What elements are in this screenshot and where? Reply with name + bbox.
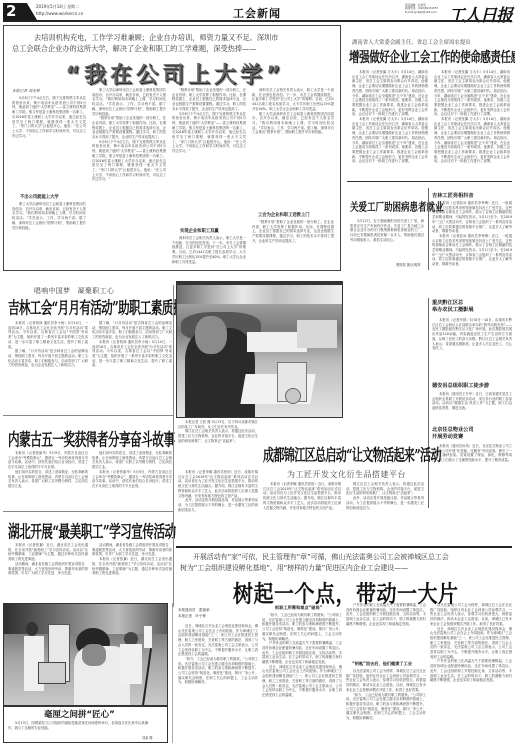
right-top-kicker: 湖南省人大常委会副主任、省总工会主席周农提出 bbox=[352, 38, 471, 46]
brief-1-body: 本报讯（记者李国）5月8日－10日，由重庆市黔江区总工会和区人社局联合举办的“我… bbox=[432, 318, 512, 380]
bottom-lead-col2: “如今，工会已经成为我们职工的娘家。”公司职工说。光法雷奥公司工会在建立健全各项… bbox=[262, 613, 342, 744]
side-article-1-credit: 曹国强 摄/光明网 bbox=[396, 262, 420, 267]
lead-col3: “圆梦计划”帮助了企业发展的一部分职工，在企业内部，职工大学发挥了积极作用。比如… bbox=[172, 88, 246, 225]
newspaper-logo: 工人日报 bbox=[448, 1, 512, 26]
bottom-lead-col4: 以光法雷奥公司工会为榜样，禅城区总工会在全区推广其经验，组织区内企业工会到该公司… bbox=[430, 603, 512, 744]
bottom-lead-deck-line2: 树为“工会组织建设孵化基地”，用“榜样的力量”促进区内企业工会建设—— bbox=[180, 563, 408, 573]
divider bbox=[347, 181, 512, 182]
byline-2: 本报记者 叶小钟 bbox=[178, 614, 210, 620]
divider bbox=[172, 603, 173, 743]
brief-2-headline: 德安县总组织职工徒步游 bbox=[432, 382, 489, 389]
divider bbox=[428, 298, 429, 508]
bottom-lead-subhead-1: 抓职工所需和难点“破局” bbox=[275, 605, 322, 611]
lead-col3b: 深圳市总工会相关负责人表示，职工大学是一个创新，在全国也是首创。下一步，市总工会… bbox=[172, 236, 246, 264]
chengdu-col1: 本报讯（记者李娜 通讯员张欣）近日，成都市锦江区总工会2019年“让文物活起来”… bbox=[178, 470, 258, 538]
lead-col1b: 职工大学由深圳市总工会和富士康科技集团共同创办，自开办以来，截至目前，已经有近千… bbox=[12, 202, 86, 264]
chengdu-col3: 锦江区总工会相关负责人表示，将通过此次活动，搭建工匠与文物机构、企业的对接平台，… bbox=[346, 482, 424, 538]
lead-col4b: “圆梦计划”帮助了企业发展的一部分职工，在企业内部，职工大学发挥了积极作用。比如… bbox=[252, 220, 334, 264]
email: E-mail:grrbgh@126.com bbox=[405, 11, 438, 14]
brief-1-headline: 重庆黔江区总 举办农民工摄影展 bbox=[432, 300, 474, 314]
jilin-headline: 吉林工会“月月有活动”助职工素质提升 bbox=[8, 296, 194, 319]
photo-top-border bbox=[176, 281, 343, 285]
bottom-lead-deck-line1: 开展活动有“家”可依，民主管理有“章”可循，佛山光法雷奥公司工会被禅城区总工会 bbox=[193, 552, 449, 562]
issue-date: 2019年5月14日 星期二 bbox=[36, 4, 79, 10]
lead-deck: 去培训机构充电，工作学习难兼顾；企业自办培训，师资力量又不足。深圳市 总工会联合… bbox=[12, 32, 332, 54]
bottom-photo-credit: 刘某 摄 bbox=[142, 735, 153, 740]
brief-2-body: 本报讯（通讯员王开华）近日，江西省德安县总工会组织全县职工开展徒步活动，来自各行… bbox=[432, 392, 512, 422]
right-top-col1: 本报讯（记者张翼 方大丰）5月10日，湖南省企业工会工作座谈会在长沙召开，湖南省… bbox=[352, 70, 428, 175]
divider bbox=[176, 546, 512, 548]
side-article-1-headline: 关爱工厂助困病患者就业 bbox=[350, 199, 444, 215]
chengdu-subheadline: 为工匠开发文化衍生品搭建平台 bbox=[287, 469, 406, 480]
jilin-col1: 本报讯（记者柏林 通讯员李小雨）5月14日，一直到18日，吉林省总工会在全省开展… bbox=[8, 321, 88, 411]
lead-subhead-1: 不出公司就能上大学 bbox=[20, 194, 59, 200]
divider bbox=[3, 415, 173, 416]
side-article-2-headline: 吉林工匠亮相抖音 bbox=[432, 192, 474, 199]
sewing-workshop-photo bbox=[176, 281, 343, 418]
bottom-lead-bylines: 本报通讯员 霍嘉承 本报记者 叶小钟 bbox=[178, 608, 210, 619]
lead-col1: 5月8日下午4点左右，刚下完班的熊文军从住的宿舍出来，骑小电动车从宿舍到公司不到… bbox=[12, 96, 86, 191]
side-article-2-body: 本报讯（记者彭冰 通讯员李秀梅）近日，一组展示吉林工匠技术风采的短视频在抖音上广… bbox=[432, 201, 512, 295]
hubei-col1: 本报讯（记者张翼）近日，湖北省总工会发出通知，在全省开展“最美职工”学习宣传活动… bbox=[8, 543, 88, 597]
lead-subhead-3: 工会为企业和职工送教上门 bbox=[258, 212, 310, 218]
right-top-headline: 增强做好企业工会工作的使命感责任感 bbox=[349, 47, 515, 67]
hubei-col2: 活动期间，湖北省各级工会将组织开展宣讲报告、事迹展览等活动，大力营造崇尚劳动、尊… bbox=[92, 543, 172, 597]
bottom-lead-subhead-2: “钥匙”回去后，他们健康了工会 bbox=[352, 661, 412, 667]
divider bbox=[3, 511, 173, 512]
side-article-1-body: 5月12日，位于湖南衡阳市的关爱工厂里，病患者正在生产车间有序作业。关爱工厂是当… bbox=[350, 219, 424, 261]
lead-col2: 职工大学由深圳市总工会和富士康科技集团共同创办，自开办以来，截至目前，已经有近千… bbox=[92, 88, 166, 264]
brief-3-headline-line2: 开展劳动竞赛 bbox=[432, 434, 474, 441]
bottom-lead-col3b: 以光法雷奥公司工会为榜样，禅城区总工会在全区推广其经验，组织区内企业工会到该公司… bbox=[346, 669, 426, 744]
jilin-kicker: 唱响中国梦 凝聚职工心 bbox=[34, 285, 114, 295]
divider bbox=[173, 285, 174, 607]
neimenggu-col2: 他们用朴实的语言，讲述了爱岗敬业、无私奉献的故事，让在场的职工深受感动。内蒙古自… bbox=[92, 451, 172, 505]
brief-1-headline-line2: 举办农民工摄影展 bbox=[432, 307, 474, 314]
neimenggu-col1: 本报讯（记者张丽华）5月9日，内蒙古自治区总工会举办“劳模故事会”，邀请五一劳动… bbox=[8, 451, 88, 505]
lead-col4: 深圳市总工会相关负责人表示，职工大学是一个创新，在全国也是首创。下一步，市总工会… bbox=[252, 88, 334, 206]
lead-byline: 本报记者 刘友婷 bbox=[12, 88, 40, 94]
bottom-lead-col1: 近日，禅城区召开企业工会规范化建设现场会，佛山光法雷奥公司工会在会上介绍经验。作… bbox=[178, 624, 258, 744]
lead-subhead-2: 实现企业和职工双赢 bbox=[180, 228, 219, 234]
chengdu-photo-caption: 本报记者 王欣 摄 5月13日，位于四川成都市锦江区的某工厂车间内，女工们正在有… bbox=[178, 420, 258, 468]
bottom-lead-col3: 户外作业的职工在高温天气下需要防暑降温，工会及时协调企业配备防暑用品，还在车间设… bbox=[346, 603, 426, 659]
lead-headline: “我在公司上大学” bbox=[50, 58, 300, 89]
lead-deck-line2: 总工会联合企业办的这所大学，解决了企业和职工的工学难题，深受热捧—— bbox=[12, 43, 332, 54]
brief-3-headline: 北京住总物业公司 开展劳动竞赛 bbox=[432, 427, 474, 441]
surveyor-photo bbox=[3, 603, 168, 706]
neimenggu-headline: 内蒙古五一奖获得者分享奋斗故事 bbox=[8, 428, 174, 451]
bottom-photo-title: 毫厘之间拼“匠心” bbox=[44, 708, 115, 720]
divider bbox=[428, 188, 429, 270]
header-rule bbox=[3, 20, 512, 22]
chengdu-col2: 本报讯（记者李娜 通讯员张欣）近日，成都市锦江区总工会2019年“让文物活起来”… bbox=[263, 482, 341, 538]
editor-info: 责任编辑：赵剑英 新闻热线：(010)84151557 E-mail:grrbg… bbox=[405, 4, 438, 14]
right-top-col2: 本报讯（记者张翼 方大丰）5月10日，湖南省企业工会工作座谈会在长沙召开，湖南省… bbox=[434, 70, 510, 175]
brief-3-headline-line1: 北京住总物业公司 bbox=[432, 427, 474, 434]
lead-deck-line1: 去培训机构充电，工作学习难兼顾；企业自办培训，师资力量又不足。深圳市 bbox=[12, 32, 332, 43]
brief-1-headline-line1: 重庆黔江区总 bbox=[432, 300, 474, 307]
jilin-col2: 据了解，“月月有活动”是吉林省总工会的品牌活动，围绕职工需求，每月开展不同主题的… bbox=[92, 321, 172, 391]
page-number: 2 bbox=[3, 3, 37, 20]
bottom-photo-caption: 5月13日，国网某电力公司组织的测绘技能竞赛在河南郑州举行，参赛选手在比赛中认真… bbox=[8, 721, 148, 741]
byline-1: 本报通讯员 霍嘉承 bbox=[178, 608, 210, 614]
section-title: 工会新闻 bbox=[233, 5, 281, 21]
brief-3-body: 本报讯（通讯员孙凤）近日，北京住总物业公司工会在全公司开展“比技能、比服务”劳动… bbox=[432, 444, 512, 502]
chengdu-headline: 成都锦江区总启动“让文物活起来”活动 bbox=[263, 443, 441, 466]
site-url[interactable]: http://www.workercn.cn bbox=[36, 11, 83, 16]
hubei-headline: 湖北开展“最美职工”学习宣传活动 bbox=[8, 520, 176, 543]
